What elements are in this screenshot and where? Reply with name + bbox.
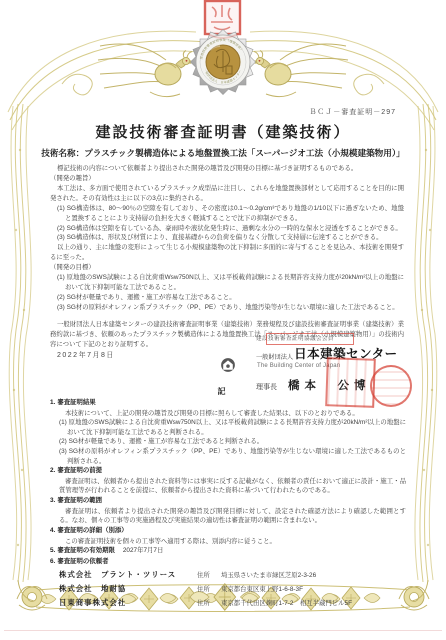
applicant-address: 東京都千代田区麹町1-7-2 相互半蔵門ビル5F [221, 599, 406, 609]
section-heading: 1.審査証明結果 [50, 398, 406, 408]
section-body: この審査証明技術を個々の工事等へ適用する際は、別添内容に従うこと。 [50, 537, 406, 547]
section-heading: 6.審査証明の依頼者 [50, 557, 406, 567]
section-title: 審査証明の前提 [57, 467, 102, 474]
result-item: (2) SG材が軽量であり、運搬・施工が容易な工法であると判断される。 [50, 437, 406, 447]
section-title: 審査証明の詳細（別添） [57, 527, 127, 534]
purpose-body: 本工法は、多方面で使用されているプラスチック成型品に注目し、これらを地盤置換部材… [50, 184, 404, 204]
certificate-page: 建設技術審査証明事業（建築技術） 一般財団法人 日本建築センター ＢＣＪ－審査証… [0, 0, 446, 640]
section-number: 6. [50, 558, 55, 565]
result-item: (3) SG材の原料がオレフィン系プラスチック（PP、PE）であり、地盤汚染等が… [50, 447, 406, 466]
preamble: 標記技術の内容について依頼者より提出された開発の趣旨及び開発の目標に基づき証明す… [50, 164, 404, 350]
technology-name: 技術名称：プラスチック製構造体による地盤置換工法「スーパージオ工法（小規模建築物… [34, 147, 412, 159]
intro-paragraph: 標記技術の内容について依頼者より提出された開発の趣旨及び開発の目標に基づき証明す… [50, 164, 404, 174]
expiry-date: 2027年7月7日 [123, 547, 164, 554]
goal-heading: （開発の目標） [50, 263, 404, 273]
purpose-item: (1) SG構造体は、80～90％の空隙を有しており、その密度は0.1～0.2g… [50, 204, 404, 224]
applicant-row: 日東商事株式会社 住所 東京都千代田区麹町1-7-2 相互半蔵門ビル5F [59, 597, 406, 609]
page-title: 建設技術審査証明書（建築技術） [0, 121, 446, 142]
goal-item: (1) 原地盤のSWS試験による自沈荷重Wsw750N以上、又は平板載荷試験によ… [50, 273, 404, 293]
section-title: 審査証明の依頼者 [57, 558, 108, 565]
bcj-logo-icon [220, 357, 236, 373]
applicant-row: 株式会社 プラント・ツリース 住所 埼玉県さいたま市緑区芝原2-3-26 [59, 569, 406, 581]
section-number: 5. [50, 547, 55, 554]
section-number: 3. [50, 497, 55, 504]
section-title: 審査証明の範囲 [57, 497, 102, 504]
issuer-block: 建設技術審査証明協議会会員 一般財団法人 日本建築センター The Buildi… [240, 334, 416, 394]
ki-marker: 記 [0, 386, 446, 397]
issue-date: 2022年7月8日 [57, 350, 115, 360]
goal-item: (3) SG材の原料がオレフィン系プラスチック（PP、PE）であり、地盤汚染等が… [50, 303, 404, 313]
purpose-heading: （開発の趣旨） [50, 174, 404, 184]
section-number: 2. [50, 467, 55, 474]
applicant-address: 埼玉県さいたま市緑区芝原2-3-26 [221, 571, 406, 581]
purpose-closing: 以上の通り、主に地盤の変形によって生じる小規模建築物の沈下抑制に多面的に寄与する… [50, 243, 404, 263]
sections: 1.審査証明結果 本技術について、上記の開発の趣旨及び開発の目標に照らして審査し… [50, 398, 406, 609]
section-body: 審査証明は、依頼者より提出された開発の趣旨及び開発目標に対して、設定された確認方… [50, 507, 406, 526]
purpose-item: (3) SG構造体は、形状及び材質により、直接基礎からの負荷を偏りなく分散して支… [50, 233, 404, 243]
applicant-row: 株式会社 地耐協 住所 東京都台東区東上野1-6-8-3F [59, 583, 406, 595]
scan-artifact-line [4, 630, 442, 631]
section-heading: 2.審査証明の前提 [50, 466, 406, 476]
result-item: (1) 原地盤のSWS試験による自沈荷重Wsw750N以上、又は平板載荷試験によ… [50, 418, 406, 437]
address-label: 住所 [197, 571, 221, 581]
goal-item: (2) SG材が軽量であり、運搬・施工が容易な工法であること。 [50, 293, 404, 303]
purpose-item: (2) SG構造体は空隙を有している為、豪雨時や液状化発生時に、過剰な水分の一時… [50, 224, 404, 234]
section-heading: 4.審査証明の詳細（別添） [50, 526, 406, 536]
applicant-name: 日東商事株式会社 [59, 597, 197, 608]
section-heading: 3.審査証明の範囲 [50, 496, 406, 506]
applicant-name: 株式会社 地耐協 [59, 583, 197, 594]
award-medal-art: 建設技術審査証明事業（建築技術） 一般財団法人 日本建築センター [190, 29, 255, 94]
section-title: 審査証明の有効期限 [57, 547, 115, 554]
applicant-list: 株式会社 プラント・ツリース 住所 埼玉県さいたま市緑区芝原2-3-26 株式会… [50, 569, 406, 609]
section-body: 本技術について、上記の開発の趣旨及び開発の目標に照らして審査した結果は、以下のと… [50, 409, 406, 419]
certificate-number: ＢＣＪ－審査証明－297 [309, 107, 396, 117]
section-number: 4. [50, 527, 55, 534]
red-seal-top [205, 1, 240, 34]
section-heading: 5.審査証明の有効期限2027年7月7日 [50, 546, 406, 556]
org-prefix: 一般財団法人 [256, 352, 293, 362]
section-number: 1. [50, 399, 55, 406]
section-body: 審査証明は、依頼者から提出された資料等には事実に反する記載がなく、依頼者の責任に… [50, 477, 406, 496]
applicant-name: 株式会社 プラント・ツリース [59, 569, 197, 580]
applicant-address: 東京都台東区東上野1-6-8-3F [221, 585, 406, 595]
address-label: 住所 [197, 585, 221, 595]
address-label: 住所 [197, 599, 221, 609]
section-title: 審査証明結果 [57, 399, 95, 406]
council-member-line: 建設技術審査証明協議会会員 [256, 334, 376, 342]
